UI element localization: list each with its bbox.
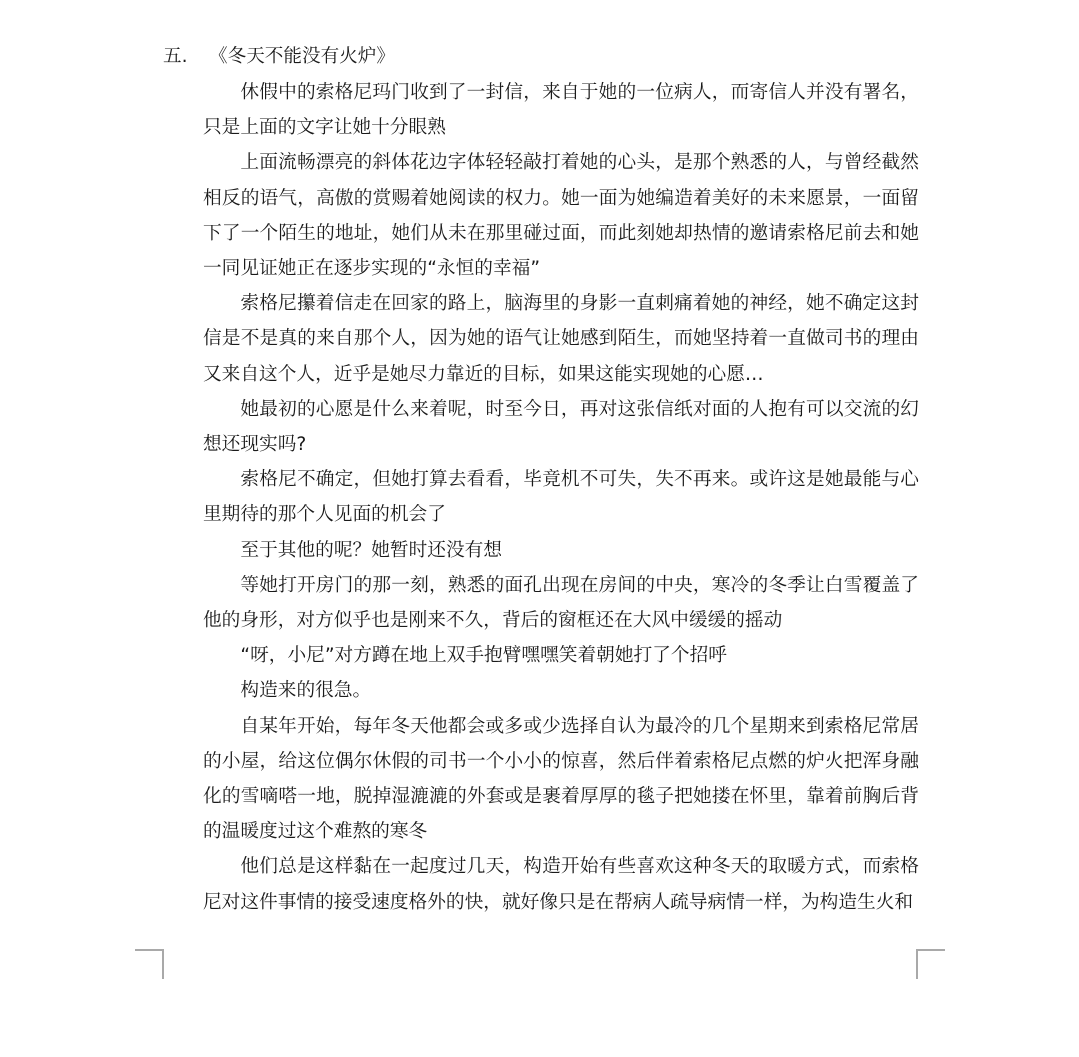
document-body: 休假中的索格尼玛门收到了一封信，来自于她的一位病人，而寄信人并没有署名，只是上面…	[203, 75, 919, 920]
paragraph: 她最初的心愿是什么来着呢，时至今日，再对这张信纸对面的人抱有可以交流的幻想还现实…	[203, 392, 919, 462]
margin-corner-mark-right	[916, 949, 945, 979]
chapter-title: 《冬天不能没有火炉》	[209, 46, 395, 67]
paragraph: 索格尼不确定，但她打算去看看，毕竟机不可失，失不再来。或许这是她最能与心里期待的…	[203, 462, 919, 532]
chapter-number: 五.	[163, 44, 209, 70]
document-page: 五.《冬天不能没有火炉》 休假中的索格尼玛门收到了一封信，来自于她的一位病人，而…	[0, 0, 1079, 1057]
paragraph: 构造来的很急。	[203, 673, 919, 708]
paragraph: 等她打开房门的那一刻，熟悉的面孔出现在房间的中央，寒冷的冬季让白雪覆盖了他的身形…	[203, 568, 919, 638]
paragraph: 他们总是这样黏在一起度过几天，构造开始有些喜欢这种冬天的取暖方式，而索格尼对这件…	[203, 849, 919, 919]
paragraph: 索格尼攥着信走在回家的路上，脑海里的身影一直刺痛着她的神经，她不确定这封信是不是…	[203, 286, 919, 392]
paragraph: 自某年开始，每年冬天他都会或多或少选择自认为最冷的几个星期来到索格尼常居的小屋，…	[203, 709, 919, 850]
paragraph: “呀，小尼”对方蹲在地上双手抱臂嘿嘿笑着朝她打了个招呼	[203, 638, 919, 673]
margin-corner-mark-left	[135, 949, 164, 979]
paragraph: 休假中的索格尼玛门收到了一封信，来自于她的一位病人，而寄信人并没有署名，只是上面…	[203, 75, 919, 145]
chapter-heading: 五.《冬天不能没有火炉》	[163, 44, 395, 70]
paragraph: 上面流畅漂亮的斜体花边字体轻轻敲打着她的心头，是那个熟悉的人，与曾经截然相反的语…	[203, 145, 919, 286]
paragraph: 至于其他的呢？她暂时还没有想	[203, 533, 919, 568]
